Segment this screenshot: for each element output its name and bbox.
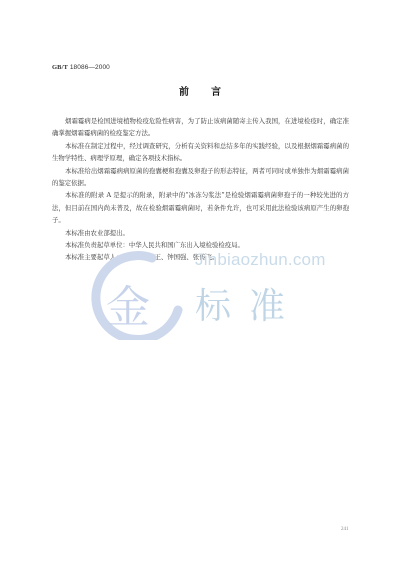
watermark-url: Jinbiaozhun.com (195, 250, 326, 270)
paragraph-appendix: 本标准的附录 A 是提示的附录，附录中的“冰冻匀浆法”是检验烟霜霉病菌卵孢子的一… (52, 189, 349, 226)
svg-text:金: 金 (106, 282, 150, 333)
page-title: 前言 (0, 83, 400, 98)
watermark-text: 标准 (195, 278, 303, 329)
document-body: 烟霜霉病是检国进境植物检疫危险性病害，为了防止该病菌随寄主传入我国，在进境检疫时… (52, 115, 349, 264)
watermark: 金 Jinbiaozhun.com 标准 (90, 250, 330, 350)
standard-code-prefix: GB/T (52, 64, 68, 71)
paragraph-morphology: 本标准给出烟霜霉病病原菌的孢囊梗和孢囊及卵孢子的形态特征，两者可同时或单独作为烟… (52, 165, 349, 190)
page-number: 241 (341, 527, 349, 532)
jinbiaozhun-logo-icon: 金 (90, 250, 190, 340)
paragraph-intro: 烟霜霉病是检国进境植物检疫危险性病害，为了防止该病菌随寄主传入我国，在进境检疫时… (52, 115, 349, 140)
standard-code: GB/T 18086—2000 (52, 64, 110, 71)
paragraph-drafting-process: 本标准在制定过程中，经过调查研究，分析有关资料和总结多年的实践经验，以及根据烟霜… (52, 140, 349, 165)
standard-code-number: 18086—2000 (70, 64, 110, 71)
paragraph-proposer: 本标准由农业部提出。 (52, 227, 349, 239)
